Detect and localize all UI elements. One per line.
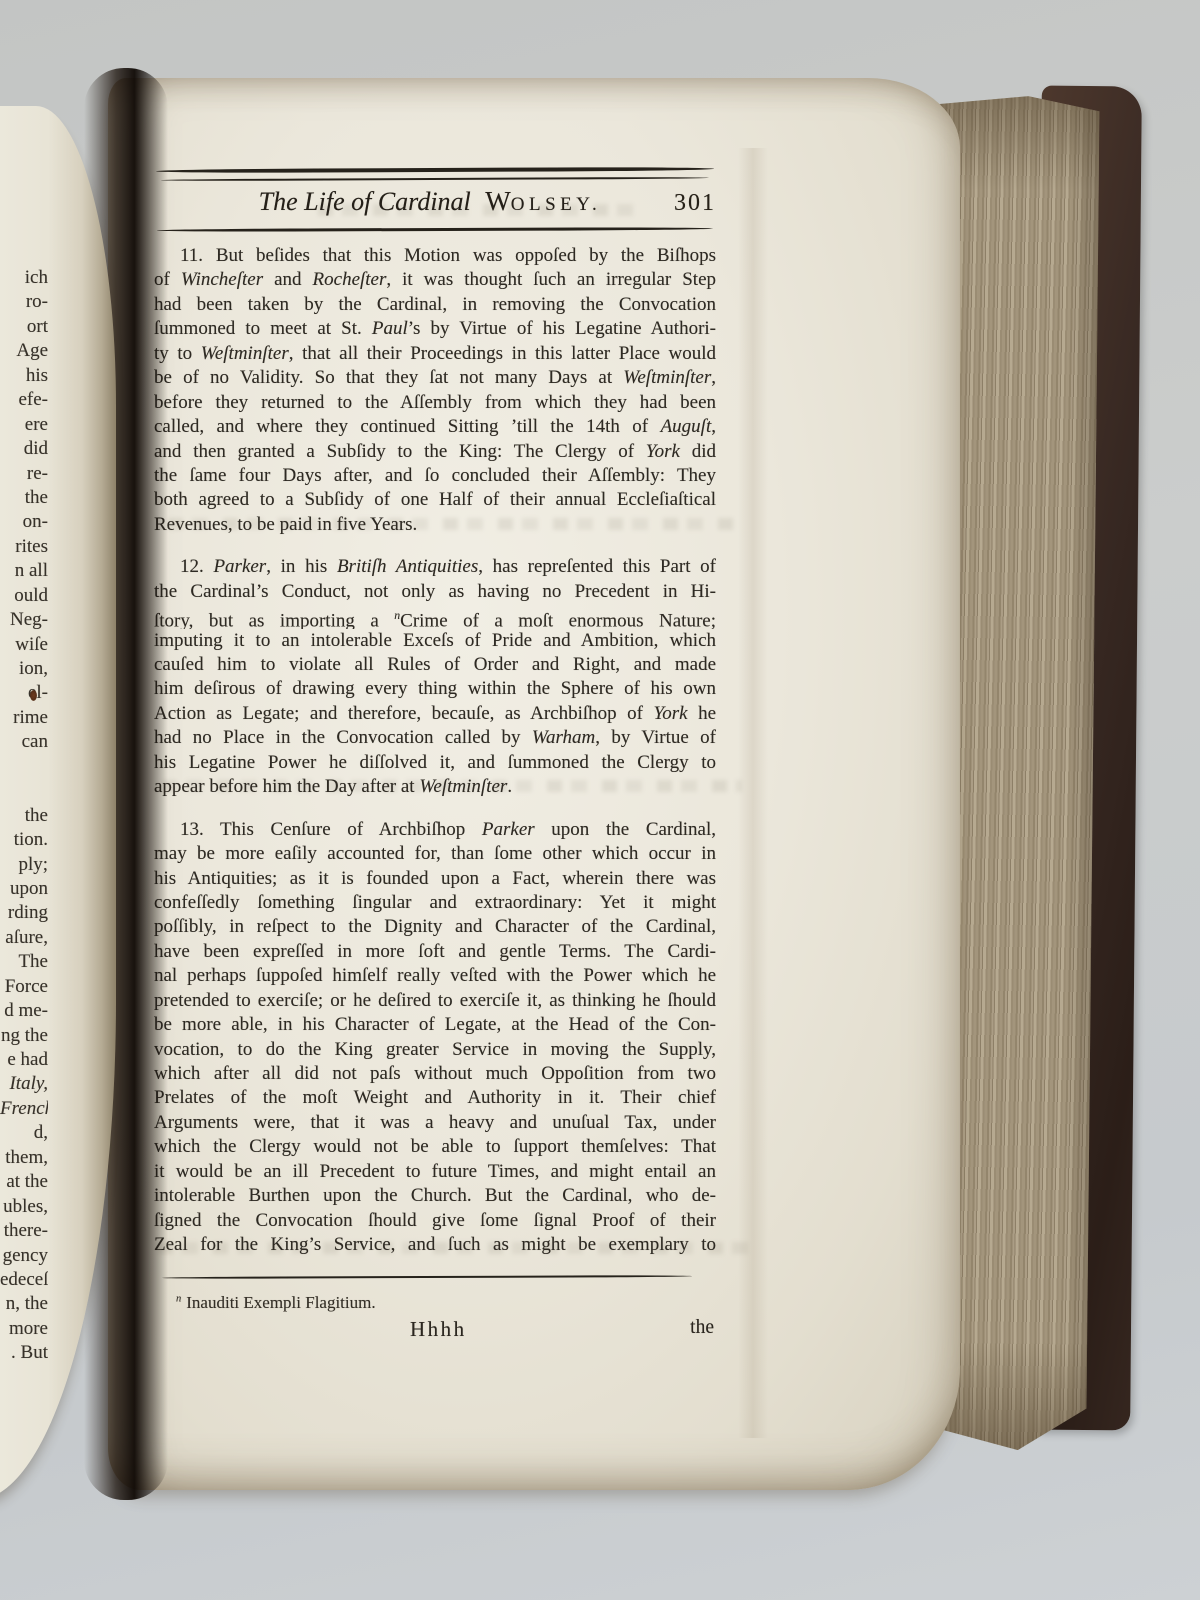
text-line: the ſame four Days after, and ſo conclud… bbox=[154, 464, 716, 488]
text-line: ng the bbox=[0, 1024, 48, 1048]
text-line: French bbox=[0, 1097, 48, 1121]
text-line: cauſed him to violate all Rules of Order… bbox=[154, 653, 716, 677]
text-line: ort bbox=[0, 315, 48, 339]
text-line: el- bbox=[0, 681, 48, 705]
text-line: ro- bbox=[0, 290, 48, 314]
page-number: 301 bbox=[636, 190, 716, 217]
text-line: pretended to exerciſe; or he deſired to … bbox=[154, 989, 716, 1013]
text-line: there- bbox=[0, 1219, 48, 1243]
text-line: Italy, bbox=[0, 1072, 48, 1096]
right-page: The Life of Cardinal WOLSEY. 301 11. But… bbox=[108, 78, 960, 1490]
text-line: ſigned the Convocation ſhould give ſome … bbox=[154, 1209, 716, 1233]
text-line: at the bbox=[0, 1170, 48, 1194]
text-line: edeceſ- bbox=[0, 1268, 48, 1292]
left-page-text: ichro-ortAgehisefe-eredidre-theon-ritesn… bbox=[0, 266, 48, 1366]
text-line: n, the bbox=[0, 1292, 48, 1316]
text-line: confeſſedly ſomething ſingular and extra… bbox=[154, 891, 716, 915]
text-line: Age bbox=[0, 339, 48, 363]
text-line: rites bbox=[0, 535, 48, 559]
text-line: called, and where they continued Sitting… bbox=[154, 415, 716, 439]
text-line: d, was bbox=[0, 1121, 48, 1145]
text-line: on- bbox=[0, 510, 48, 534]
text-line: nal perhaps ſuppoſed himſelf really veſt… bbox=[154, 964, 716, 988]
text-line: tion. bbox=[0, 828, 48, 852]
text-line: The bbox=[0, 950, 48, 974]
text-line: be of no Validity. So that they ſat not … bbox=[154, 366, 716, 390]
text-line: Revenues, to be paid in five Years. bbox=[154, 513, 716, 537]
header-rule-top-inner bbox=[161, 176, 709, 180]
left-page: ichro-ortAgehisefe-eredidre-theon-ritesn… bbox=[0, 106, 116, 1500]
text-line: . But bbox=[0, 1341, 48, 1365]
text-line: it would be an ill Precedent to future T… bbox=[154, 1160, 716, 1184]
footnote-rule bbox=[162, 1275, 692, 1279]
text-line: Neg- bbox=[0, 608, 48, 632]
text-line: gency bbox=[0, 1244, 48, 1268]
header-title: The Life of Cardinal WOLSEY. bbox=[154, 186, 636, 217]
text-line: the bbox=[0, 804, 48, 828]
text-line: his Antiquities; as it is founded upon a… bbox=[154, 867, 716, 891]
text-line: upon bbox=[0, 877, 48, 901]
text-line: which after all did not paſs without muc… bbox=[154, 1062, 716, 1086]
body-text: 11. But beſides that this Motion was opp… bbox=[154, 244, 716, 1258]
text-line bbox=[0, 779, 48, 803]
header-rule-top bbox=[156, 167, 714, 173]
text-line: ion, bbox=[0, 657, 48, 681]
header-title-italic: The Life of Cardinal bbox=[259, 187, 471, 216]
text-line: efe- bbox=[0, 388, 48, 412]
text-line bbox=[0, 755, 48, 779]
text-line: be more able, in his Character of Legate… bbox=[154, 1013, 716, 1037]
text-line: him deſirous of drawing every thing with… bbox=[154, 677, 716, 701]
text-line: may be more eaſily accounted for, than ſ… bbox=[154, 842, 716, 866]
header-title-name: WOLSEY. bbox=[477, 187, 601, 216]
text-line: 11. But beſides that this Motion was opp… bbox=[154, 244, 716, 268]
signature-row: Hhhh the bbox=[154, 1317, 716, 1345]
text-line: ich bbox=[0, 266, 48, 290]
text-line: and then granted a Subſidy to the King: … bbox=[154, 440, 716, 464]
text-line: wiſe bbox=[0, 633, 48, 657]
page-text-block: The Life of Cardinal WOLSEY. 301 11. But… bbox=[154, 168, 716, 1345]
text-line: d me- bbox=[0, 999, 48, 1023]
text-line: ſtory, but as importing a nCrime of a mo… bbox=[154, 604, 716, 628]
text-line: had been taken by the Cardinal, in remov… bbox=[154, 293, 716, 317]
text-line: 13. This Cenſure of Archbiſhop Parker up… bbox=[154, 818, 716, 842]
text-line: rding bbox=[0, 901, 48, 925]
text-line: did bbox=[0, 437, 48, 461]
text-line: rime bbox=[0, 706, 48, 730]
running-header: The Life of Cardinal WOLSEY. 301 bbox=[154, 186, 716, 220]
photo-background: The Life of Cardinal WOLSEY. 301 11. But… bbox=[0, 0, 1200, 1600]
text-line: ere bbox=[0, 413, 48, 437]
text-line: re- bbox=[0, 462, 48, 486]
catchword: the bbox=[690, 1317, 714, 1339]
text-line: before they returned to the Aſſembly fro… bbox=[154, 391, 716, 415]
text-line: more bbox=[0, 1317, 48, 1341]
text-line: aſure, bbox=[0, 926, 48, 950]
text-line: them, bbox=[0, 1146, 48, 1170]
text-line: intolerable Burthen upon the Church. But… bbox=[154, 1184, 716, 1208]
text-line: have been expreſſed in more ſoft and gen… bbox=[154, 940, 716, 964]
text-line: ubles, bbox=[0, 1195, 48, 1219]
text-line: Prelates of the moſt Weight and Authorit… bbox=[154, 1086, 716, 1110]
text-line: n all bbox=[0, 559, 48, 583]
text-line: 12. Parker, in his Britiſh Antiquities, … bbox=[154, 555, 716, 579]
footnote-text: Inauditi Exempli Flagitium. bbox=[181, 1293, 375, 1312]
page-crease bbox=[738, 148, 768, 1438]
text-line: which the Clergy would not be able to ſu… bbox=[154, 1135, 716, 1159]
text-line: had no Place in the Convocation called b… bbox=[154, 726, 716, 750]
ink-blot bbox=[30, 690, 37, 701]
paragraph: 13. This Cenſure of Archbiſhop Parker up… bbox=[154, 818, 716, 1258]
text-line: poſſibly, in reſpect to the Dignity and … bbox=[154, 915, 716, 939]
text-line: Arguments were, that it was a heavy and … bbox=[154, 1111, 716, 1135]
text-line: his Legatine Power he diſſolved it, and … bbox=[154, 751, 716, 775]
paragraph: 11. But beſides that this Motion was opp… bbox=[154, 244, 716, 537]
text-line: Force bbox=[0, 975, 48, 999]
text-line: imputing it to an intolerable Exceſs of … bbox=[154, 629, 716, 653]
text-line: appear before him the Day after at Weſtm… bbox=[154, 775, 716, 799]
text-line: Zeal for the King’s Service, and ſuch as… bbox=[154, 1233, 716, 1257]
text-line: can bbox=[0, 730, 48, 754]
paragraph: 12. Parker, in his Britiſh Antiquities, … bbox=[154, 555, 716, 799]
text-line: of Wincheſter and Rocheſter, it was thou… bbox=[154, 268, 716, 292]
text-line: ſummoned to meet at St. Paul’s by Virtue… bbox=[154, 317, 716, 341]
footnote: nInauditi Exempli Flagitium. bbox=[176, 1293, 716, 1315]
text-line: the bbox=[0, 486, 48, 510]
header-rule-bottom bbox=[157, 227, 713, 231]
text-line: the Cardinal’s Conduct, not only as havi… bbox=[154, 580, 716, 604]
text-line: ould bbox=[0, 584, 48, 608]
text-line: both agreed to a Subſidy of one Half of … bbox=[154, 488, 716, 512]
text-line: Action as Legate; and therefore, becauſe… bbox=[154, 702, 716, 726]
text-line: ply; bbox=[0, 853, 48, 877]
text-line: ty to Weſtminſter, that all their Procee… bbox=[154, 342, 716, 366]
text-line: his bbox=[0, 364, 48, 388]
text-line: vocation, to do the King greater Service… bbox=[154, 1038, 716, 1062]
signature-mark: Hhhh bbox=[410, 1317, 467, 1342]
text-line: e had bbox=[0, 1048, 48, 1072]
